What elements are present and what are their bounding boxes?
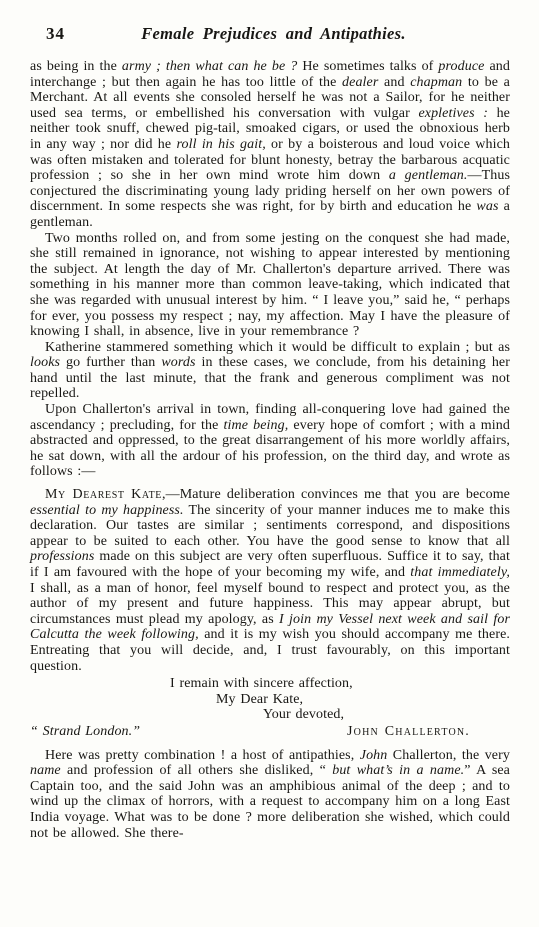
paragraph: Here was pretty combination ! a host of … <box>30 748 510 842</box>
letter-signature-row: “ Strand London.” John Challerton. <box>30 724 510 740</box>
text-run: go further than <box>60 355 161 370</box>
text-run: as being in the <box>30 59 122 74</box>
text-run: My Dearest Kate <box>45 487 162 502</box>
text-run: time being, <box>224 418 289 433</box>
text-run: but what’s in a name. <box>332 763 464 778</box>
text-run: army ; then what can he be ? <box>122 59 297 74</box>
text-run: He sometimes talks of <box>297 59 438 74</box>
text-run: produce <box>438 59 484 74</box>
text-run: and <box>378 75 410 90</box>
letter-signature: John Challerton. <box>347 724 470 740</box>
letter-closing-line: Your devoted, <box>30 707 510 723</box>
paragraph: as being in the army ; then what can he … <box>30 59 510 231</box>
letter-closing-line: I remain with sincere affection, <box>30 676 510 692</box>
paragraph: Two months rolled on, and from some jest… <box>30 231 510 340</box>
text-run: Katherine stammered something which it w… <box>45 340 510 355</box>
text-run: essential to my happiness. <box>30 503 184 518</box>
text-run: Here was pretty combination ! a host of … <box>45 748 360 763</box>
text-run: ,—Mature deliberation convinces me that … <box>162 487 510 502</box>
text-run: a gentleman. <box>389 168 468 183</box>
text-run: that immediately, <box>410 565 510 580</box>
letter-closing: I remain with sincere affection, My Dear… <box>30 676 510 739</box>
text-run: name <box>30 763 61 778</box>
running-header-title: Female Prejudices and Antipathies. <box>65 24 500 44</box>
text-run: was <box>476 199 498 214</box>
text-run: looks <box>30 355 60 370</box>
page-number: 34 <box>46 24 65 44</box>
text-run: and profession of all others she dislike… <box>61 763 332 778</box>
text-run: Two months rolled on, and from some jest… <box>30 231 510 340</box>
page-header: 34 Female Prejudices and Antipathies. <box>46 24 500 44</box>
paragraph: Upon Challerton's arrival in town, findi… <box>30 402 510 480</box>
text-run: dealer <box>342 75 378 90</box>
letter-place: “ Strand London.” <box>30 724 140 740</box>
paragraph: My Dearest Kate,—Mature deliberation con… <box>30 487 510 674</box>
text-run: professions <box>30 549 94 564</box>
text-run: John <box>360 748 388 763</box>
letter-closing-line: My Dear Kate, <box>30 692 510 708</box>
body-text: as being in the army ; then what can he … <box>30 59 510 841</box>
text-run: expletives : <box>418 106 488 121</box>
main-paragraphs: as being in the army ; then what can he … <box>30 59 510 674</box>
book-page: 34 Female Prejudices and Antipathies. as… <box>0 0 539 927</box>
text-run: words <box>161 355 195 370</box>
text-run: roll in his gait, <box>176 137 265 152</box>
text-run: chapman <box>410 75 462 90</box>
text-run: Challerton, the very <box>387 748 510 763</box>
final-paragraphs: Here was pretty combination ! a host of … <box>30 748 510 842</box>
paragraph: Katherine stammered something which it w… <box>30 340 510 402</box>
